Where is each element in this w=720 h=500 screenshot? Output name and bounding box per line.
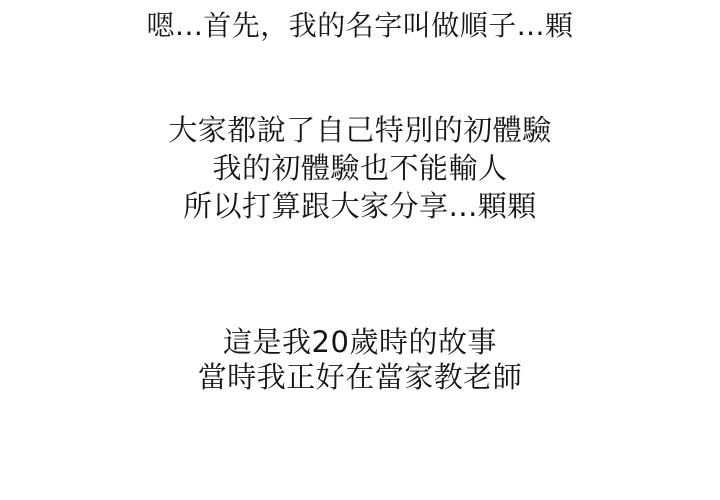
narration-line: 我的初體驗也不能輸人: [0, 149, 720, 187]
narration-block-story: 這是我20歲時的故事 當時我正好在當家教老師: [0, 325, 720, 395]
narration-block-experience: 大家都說了自己特別的初體驗 我的初體驗也不能輸人 所以打算跟大家分享...顆顆: [0, 111, 720, 225]
narration-line: 這是我20歲時的故事: [0, 325, 720, 360]
narration-line: 所以打算跟大家分享...顆顆: [0, 187, 720, 225]
narration-line: 大家都說了自己特別的初體驗: [0, 111, 720, 149]
narration-block-intro: 嗯...首先，我的名字叫做順子...顆: [0, 8, 720, 44]
narration-line: 當時我正好在當家教老師: [0, 360, 720, 395]
narration-line: 嗯...首先，我的名字叫做順子...顆: [0, 8, 720, 44]
comic-text-page: 嗯...首先，我的名字叫做順子...顆 大家都說了自己特別的初體驗 我的初體驗也…: [0, 0, 720, 500]
